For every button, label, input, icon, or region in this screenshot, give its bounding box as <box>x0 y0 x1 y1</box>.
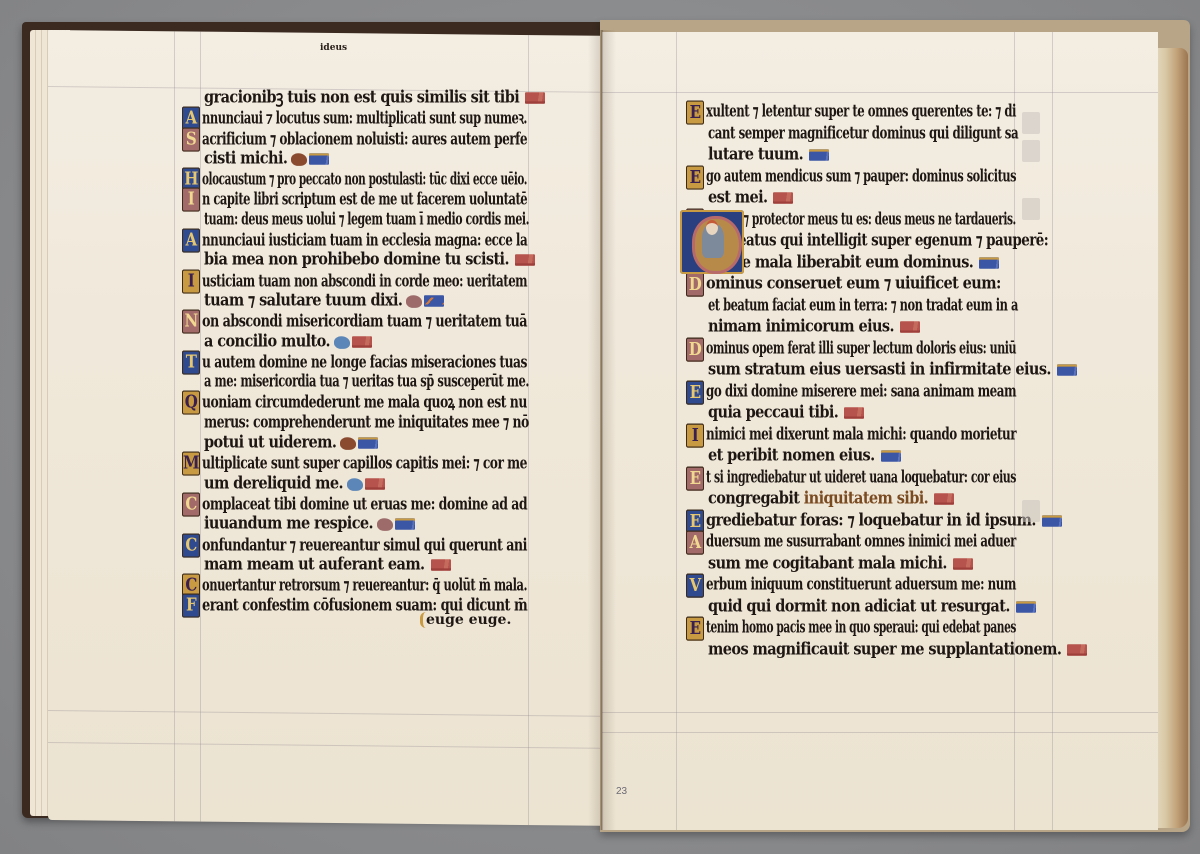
line-filler-zig <box>424 295 444 307</box>
grotesque-head-icon <box>291 153 307 166</box>
line-filler-blue <box>979 257 999 269</box>
book-gutter <box>588 30 616 830</box>
page-tab <box>1022 198 1040 220</box>
decorated-initial: V <box>686 573 704 597</box>
decorated-initial: E <box>686 616 704 640</box>
line-filler-blue <box>1042 515 1062 527</box>
line-filler-blue <box>1016 601 1036 613</box>
line-filler-red <box>525 92 545 104</box>
decorated-initial: E <box>686 164 704 188</box>
folio-number: 23 <box>616 786 627 797</box>
grotesque-head-icon <box>334 335 350 348</box>
line-filler-red <box>900 321 920 333</box>
line-text: meos magnificauit super me supplantation… <box>708 637 1061 662</box>
page-tab <box>1022 140 1040 162</box>
decorated-initial: E <box>686 465 704 489</box>
decorated-initial: D <box>686 272 704 296</box>
left-text-block: gracionibꝫ tuis non est quis similis sit… <box>204 88 534 616</box>
page-tab <box>1022 112 1040 134</box>
decorated-initial: E <box>686 508 704 532</box>
figure-head-icon <box>706 220 718 235</box>
decorated-initial: S <box>182 127 200 151</box>
decorated-initial: F <box>182 594 200 618</box>
line-filler-red <box>352 336 372 348</box>
decorated-initial: N <box>182 310 200 334</box>
running-header: ideus <box>320 43 347 53</box>
line-filler-red <box>773 192 793 204</box>
decorated-initial: T <box>182 350 200 374</box>
line-filler-red <box>934 493 954 505</box>
line-filler-red <box>431 559 451 571</box>
decorated-initial: M <box>182 452 200 476</box>
decorated-initial: D <box>686 336 704 360</box>
decorated-initial: Q <box>182 391 200 415</box>
line-filler-blue <box>395 518 415 530</box>
decorated-initial: E <box>686 100 704 124</box>
line-filler-red <box>515 255 535 266</box>
manuscript-line: meos magnificauit super me supplantation… <box>708 637 1018 662</box>
line-filler-blue <box>809 149 829 161</box>
decorated-initial: C <box>182 533 200 557</box>
decorated-initial: A <box>182 229 200 253</box>
rubric-text: iniquitatem sibi. <box>799 489 928 509</box>
decorated-initial: I <box>686 422 704 446</box>
right-text-block: Exultent ⁊ letentur super te omnes quere… <box>708 101 1018 660</box>
historiated-initial-b <box>680 210 744 274</box>
page-tab <box>1022 500 1040 522</box>
line-filler-blue <box>358 437 378 449</box>
line-filler-blue <box>309 153 329 165</box>
decorated-initial: I <box>182 188 200 212</box>
decorated-initial: E <box>686 379 704 403</box>
line-filler-red <box>953 558 973 570</box>
line-filler-blue <box>1057 364 1077 376</box>
line-filler-red <box>1067 644 1087 656</box>
line-filler-red <box>844 407 864 419</box>
grotesque-head-icon <box>406 295 422 308</box>
grotesque-head-icon <box>347 477 363 490</box>
grotesque-head-icon <box>340 437 356 450</box>
decorated-initial: C <box>182 492 200 516</box>
decorated-initial: I <box>182 269 200 293</box>
line-filler-blue <box>881 450 901 462</box>
grotesque-head-icon <box>377 518 393 531</box>
decorated-initial: A <box>686 530 704 554</box>
line-filler-red <box>365 478 385 490</box>
catchword: euge euge. <box>420 612 511 628</box>
